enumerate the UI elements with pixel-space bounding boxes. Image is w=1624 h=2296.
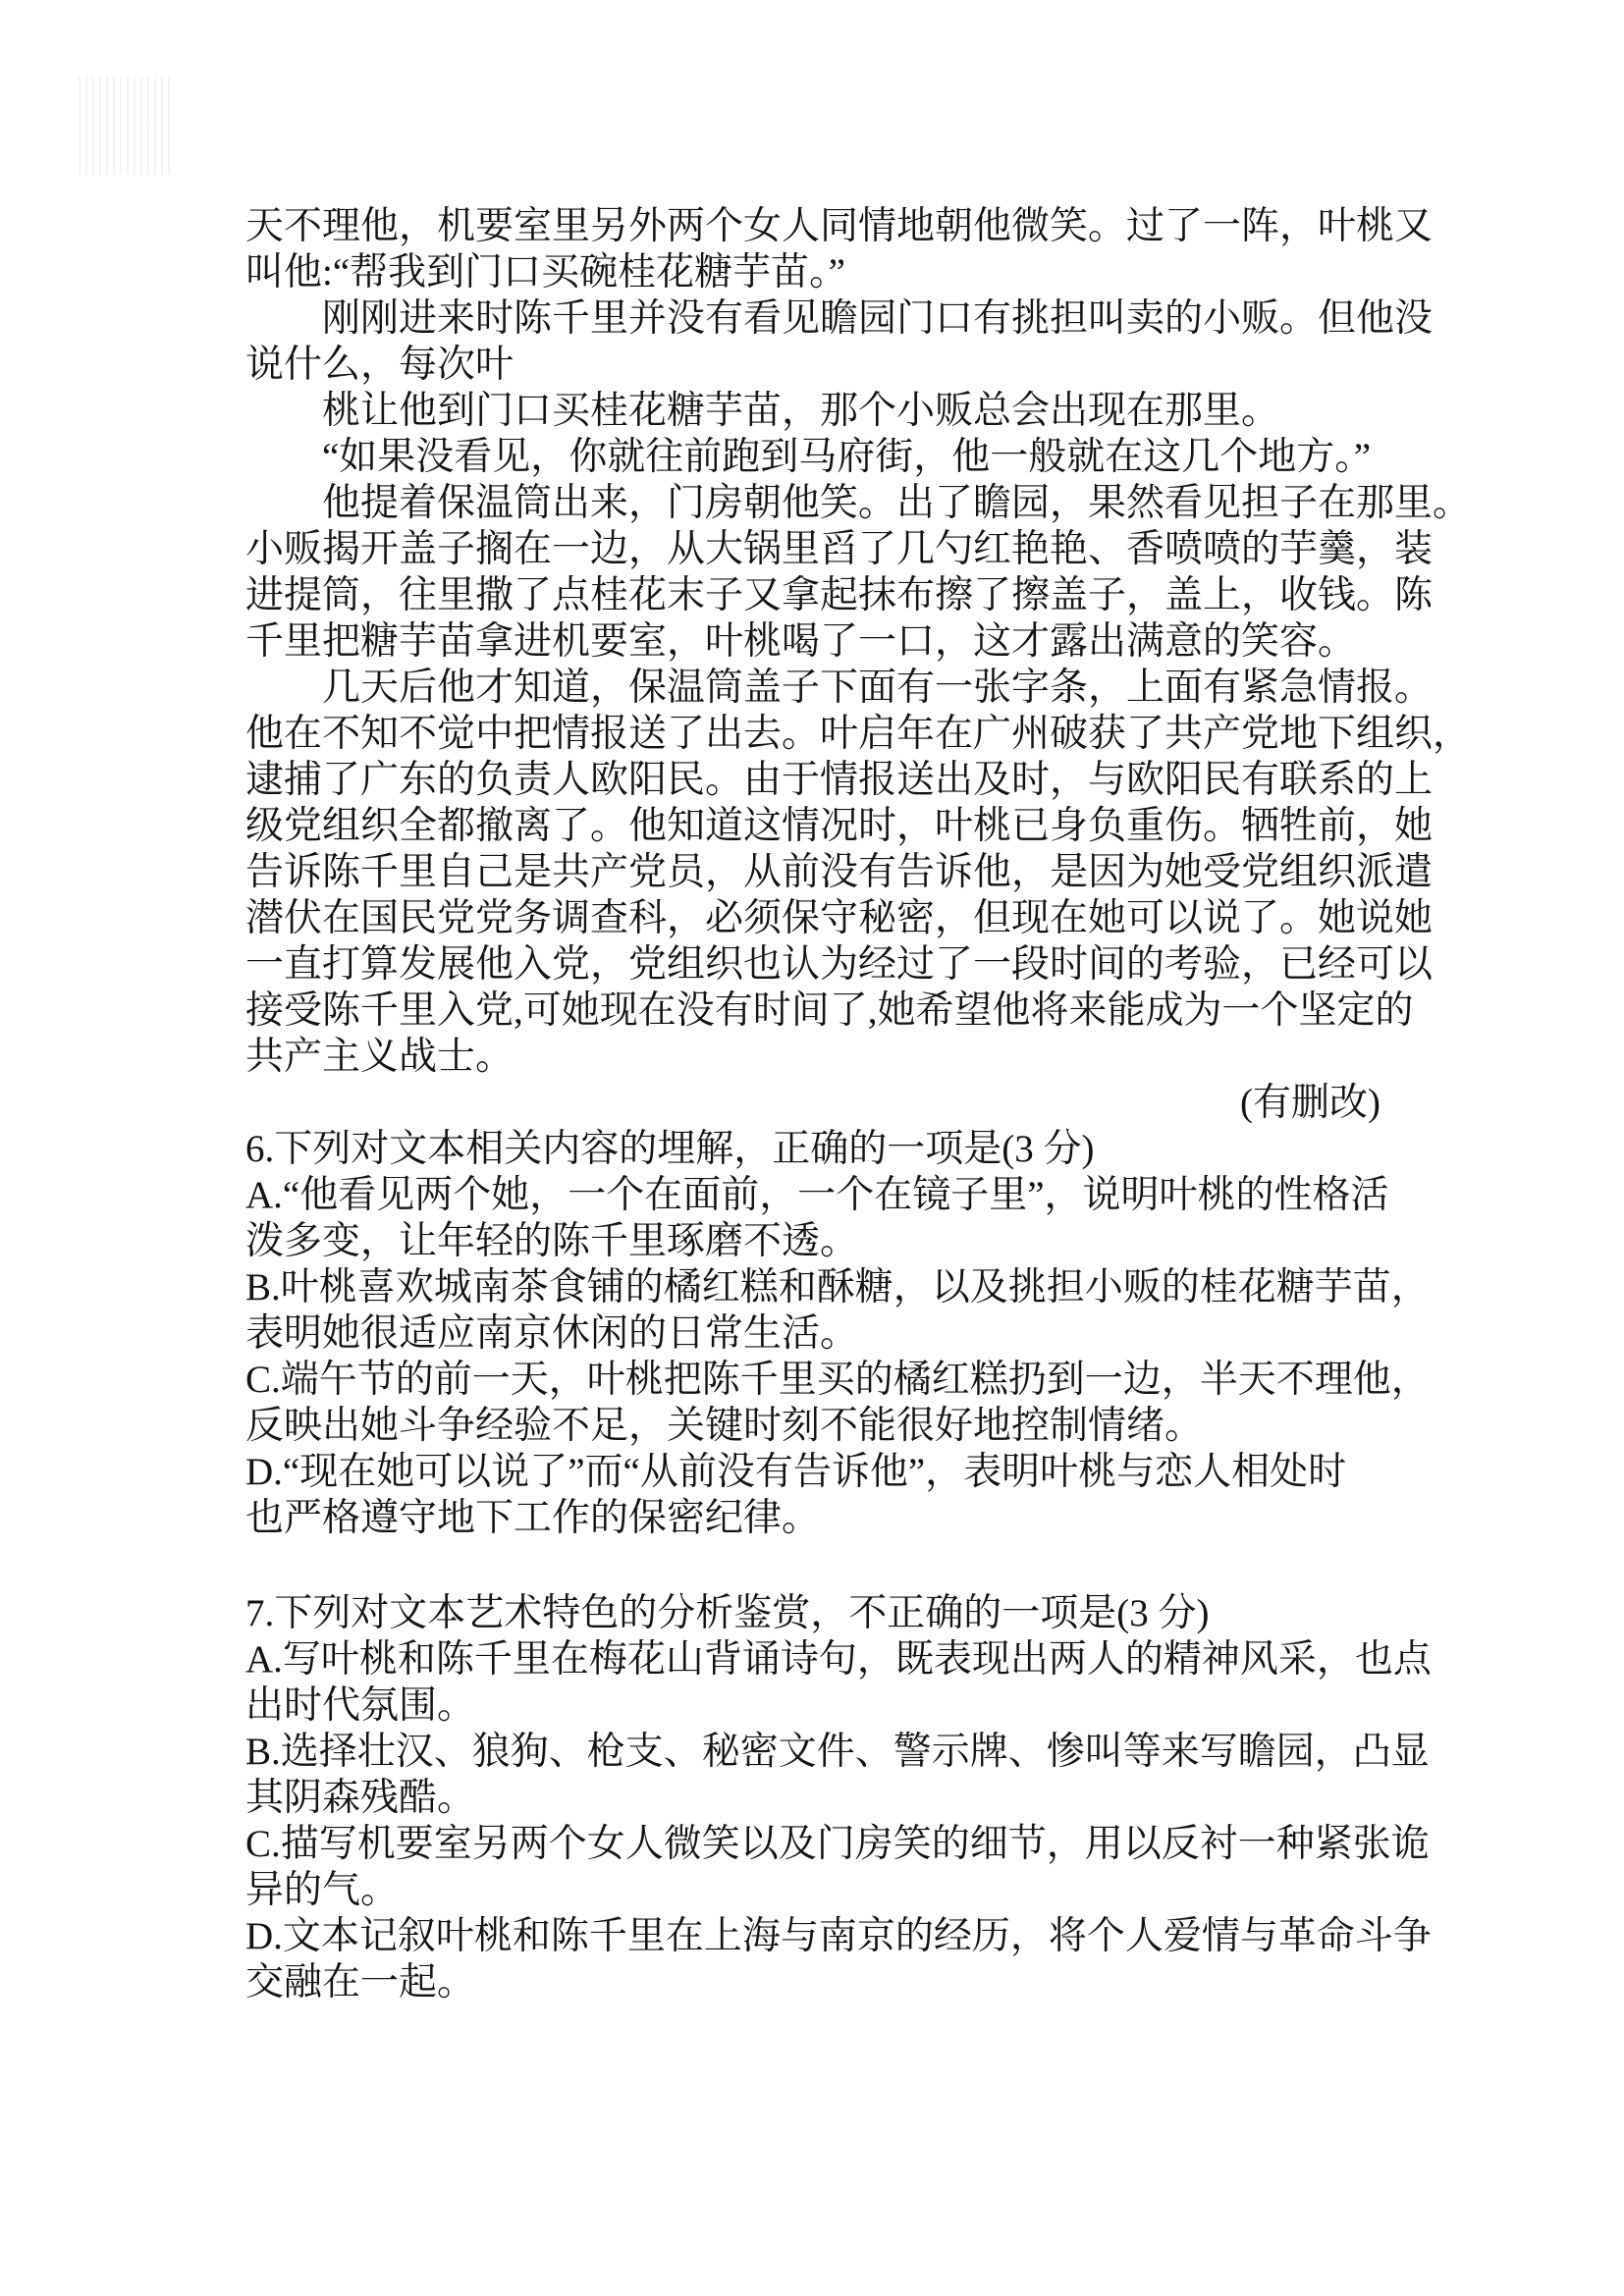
passage-line: 进提筒，往里撒了点桂花末子又拿起抹布擦了擦盖子，盖上，收钱。陈 bbox=[245, 572, 1435, 618]
question-gap bbox=[245, 1541, 1435, 1590]
passage-line: 一直打算发展他入党，党组织也认为经过了一段时间的考验，已经可以 bbox=[245, 941, 1435, 988]
passage: 天不理他，机要室里另外两个女人同情地朝他微笑。过了一阵，叶桃又叫他:“帮我到门口… bbox=[245, 203, 1435, 1080]
passage-line: 他提着保温筒出来，门房朝他笑。出了瞻园，果然看见担子在那里。 bbox=[245, 480, 1435, 526]
passage-line: 接受陈千里入党,可她现在没有时间了,她希望他将来能成为一个坚定的 bbox=[245, 988, 1435, 1034]
question-7-line: C.描写机要室另两个女人微笑以及门房笑的细节，用以反衬一种紧张诡 bbox=[245, 1821, 1435, 1867]
question-6: 6.下列对文本相关内容的埋解，正确的一项是(3 分)A.“他看见两个她，一个在面… bbox=[245, 1126, 1435, 1541]
passage-line: 共产主义战士。 bbox=[245, 1034, 1435, 1080]
question-6-line: A.“他看见两个她，一个在面前，一个在镜子里”，说明叶桃的性格活 bbox=[245, 1172, 1435, 1218]
text-column: 天不理他，机要室里另外两个女人同情地朝他微笑。过了一阵，叶桃又叫他:“帮我到门口… bbox=[245, 203, 1435, 2005]
question-7-line: A.写叶桃和陈千里在梅花山背诵诗句，既表现出两人的精神风采，也点 bbox=[245, 1636, 1435, 1682]
question-6-line: 反映出她斗争经验不足，关键时刻不能很好地控制情绪。 bbox=[245, 1403, 1435, 1449]
question-7-line: 交融在一起。 bbox=[245, 1959, 1435, 2005]
question-6-line: D.“现在她可以说了”而“从前没有告诉他”，表明叶桃与恋人相处时 bbox=[245, 1449, 1435, 1495]
passage-line: 千里把糖芋苗拿进机要室，叶桃喝了一口，这才露出满意的笑容。 bbox=[245, 618, 1435, 665]
passage-line: 级党组织全都撤离了。他知道这情况时，叶桃已身负重伤。牺牲前，她 bbox=[245, 803, 1435, 849]
question-7-line: 7.下列对文本艺术特色的分析鉴赏，不正确的一项是(3 分) bbox=[245, 1590, 1435, 1636]
question-7-line: D.文本记叙叶桃和陈千里在上海与南京的经历，将个人爱情与革命斗争 bbox=[245, 1913, 1435, 1959]
passage-line: 刚刚进来时陈千里并没有看见瞻园门口有挑担叫卖的小贩。但他没 bbox=[245, 295, 1435, 342]
question-6-line: 6.下列对文本相关内容的埋解，正确的一项是(3 分) bbox=[245, 1126, 1435, 1172]
question-7-line: B.选择壮汉、狼狗、枪支、秘密文件、警示牌、惨叫等来写瞻园，凸显 bbox=[245, 1729, 1435, 1775]
passage-line: 逮捕了广东的负责人欧阳民。由于情报送出及时，与欧阳民有联系的上 bbox=[245, 757, 1435, 803]
question-6-line: 也严格遵守地下工作的保密纪律。 bbox=[245, 1495, 1435, 1541]
passage-line: 几天后他才知道，保温筒盖子下面有一张字条，上面有紧急情报。 bbox=[245, 665, 1435, 711]
question-7-line: 其阴森残酷。 bbox=[245, 1775, 1435, 1821]
question-7: 7.下列对文本艺术特色的分析鉴赏，不正确的一项是(3 分)A.写叶桃和陈千里在梅… bbox=[245, 1590, 1435, 2005]
passage-line: 潜伏在国民党党务调查科，必须保守秘密，但现在她可以说了。她说她 bbox=[245, 895, 1435, 941]
attribution-note: (有删改) bbox=[245, 1080, 1435, 1126]
passage-line: 天不理他，机要室里另外两个女人同情地朝他微笑。过了一阵，叶桃又 bbox=[245, 203, 1435, 249]
passage-line: 说什么，每次叶 bbox=[245, 342, 1435, 388]
passage-line: 桃让他到门口买桂花糖芋苗，那个小贩总会出现在那里。 bbox=[245, 388, 1435, 434]
passage-line: 告诉陈千里自己是共产党员，从前没有告诉他，是因为她受党组织派遣 bbox=[245, 849, 1435, 895]
passage-line: 他在不知不觉中把情报送了出去。叶启年在广州破获了共产党地下组织， bbox=[245, 711, 1435, 757]
passage-line: 叫他:“帮我到门口买碗桂花糖芋苗。” bbox=[245, 249, 1435, 295]
passage-line: 小贩揭开盖子搁在一边，从大锅里舀了几勺红艳艳、香喷喷的芋羹，装 bbox=[245, 526, 1435, 572]
exam-page: 天不理他，机要室里另外两个女人同情地朝他微笑。过了一阵，叶桃又叫他:“帮我到门口… bbox=[0, 0, 1624, 2296]
question-6-line: 泼多变，让年轻的陈千里琢磨不透。 bbox=[245, 1218, 1435, 1264]
question-6-line: 表明她很适应南京休闲的日常生活。 bbox=[245, 1310, 1435, 1357]
question-7-line: 出时代氛围。 bbox=[245, 1682, 1435, 1729]
question-6-line: B.叶桃喜欢城南茶食铺的橘红糕和酥糖，以及挑担小贩的桂花糖芋苗， bbox=[245, 1264, 1435, 1310]
question-6-line: C.端午节的前一天，叶桃把陈千里买的橘红糕扔到一边，半天不理他， bbox=[245, 1357, 1435, 1403]
scan-stripes-artifact bbox=[79, 77, 174, 175]
question-7-line: 异的气。 bbox=[245, 1867, 1435, 1913]
passage-line: “如果没看见，你就往前跑到马府街，他一般就在这几个地方。” bbox=[245, 434, 1435, 480]
